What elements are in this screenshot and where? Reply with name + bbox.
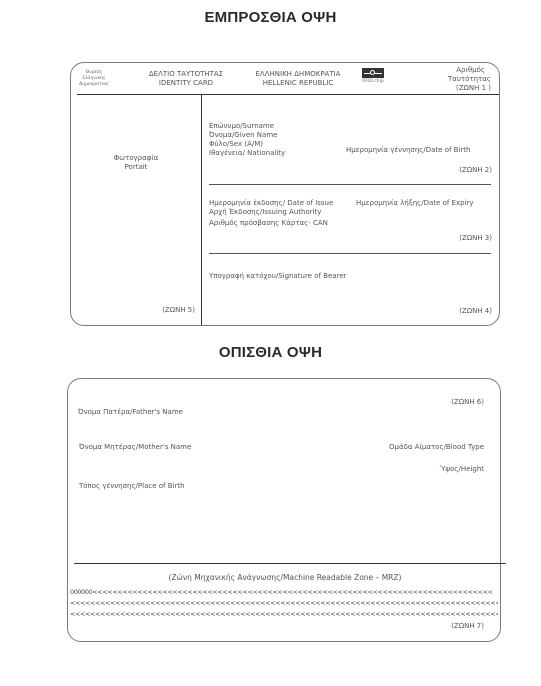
can-field: Αριθμός πρόσβασης Κάρτας- CAN <box>209 219 328 228</box>
republic-gr: ΕΛΛΗΝΙΚΗ ΔΗΜΟΚΡΑΤΙΑ <box>243 70 353 79</box>
photo-label-en: Portait <box>71 163 201 172</box>
card-number-label: Αριθμός Ταυτότητας (ΖΩΝΗ 1 ) <box>431 66 491 93</box>
header-divider <box>77 94 499 95</box>
zone1-label: (ΖΩΝΗ 1 ) <box>431 84 491 93</box>
father-name-field: Όνομα Πατέρα/Father's Name <box>78 408 183 417</box>
photo-zone: Φωτογραφία Portait <box>71 154 201 172</box>
zone7-label: (ΖΩΝΗ 7) <box>451 622 484 631</box>
card-number-line: Ταυτότητας <box>431 75 491 84</box>
zone3-label: (ΖΩΝΗ 3) <box>459 234 492 243</box>
card-number-line: Αριθμός <box>431 66 491 75</box>
front-heading: ΕΜΠΡΟΣΘΙΑ ΟΨΗ <box>0 9 541 26</box>
republic-en: HELLENIC REPUBLIC <box>243 79 353 88</box>
given-name-field: Όνομα/Given Name <box>209 131 285 140</box>
mrz-line: <<<<<<<<<<<<<<<<<<<<<<<<<<<<<<<<<<<<<<<<… <box>70 599 498 608</box>
front-card: Θυρεός Ελληνικής Δημοκρατίας ΔΕΛΤΙΟ ΤΑΥΤ… <box>70 62 500 326</box>
back-card: (ΖΩΝΗ 6) Όνομα Πατέρα/Father's Name Όνομ… <box>67 378 501 642</box>
rfid-label: RFID chip <box>354 79 392 85</box>
photo-label-gr: Φωτογραφία <box>71 154 201 163</box>
date-of-expiry-field: Ημερομηνία λήξης/Date of Expiry <box>356 199 474 208</box>
personal-fields: Επώνυμο/Surname Όνομα/Given Name Φύλο/Se… <box>209 122 285 158</box>
zone3-divider <box>209 253 491 254</box>
card-title-en: IDENTITY CARD <box>131 79 241 88</box>
sex-field: Φύλο/Sex (Α/Μ) <box>209 140 285 149</box>
place-of-birth-field: Τόπος γέννησης/Place of Birth <box>79 482 185 491</box>
republic-title: ΕΛΛΗΝΙΚΗ ΔΗΜΟΚΡΑΤΙΑ HELLENIC REPUBLIC <box>243 70 353 88</box>
mrz-line: <<<<<<<<<<<<<<<<<<<<<<<<<<<<<<<<<<<<<<<<… <box>70 610 498 619</box>
mrz-title: (Ζώνη Μηχανικής Ανάγνωσης/Machine Readab… <box>68 573 502 582</box>
coat-of-arms-line: Δημοκρατίας <box>77 82 111 88</box>
issuing-authority-field: Αρχή Έκδοσης/Issuing Authority <box>209 208 321 217</box>
zone2-label: (ΖΩΝΗ 2) <box>459 166 492 175</box>
zone6-label: (ΖΩΝΗ 6) <box>451 398 484 407</box>
date-of-birth-field: Ημερομηνία γέννησης/Date of Birth <box>346 146 471 155</box>
photo-divider <box>201 94 202 325</box>
height-field: Ύψος/Height <box>440 465 484 474</box>
surname-field: Επώνυμο/Surname <box>209 122 285 131</box>
rfid-chip-icon <box>362 68 384 78</box>
coat-of-arms-label: Θυρεός Ελληνικής Δημοκρατίας <box>77 70 111 88</box>
blood-type-field: Ομάδα Αίματος/Blood Type <box>389 443 484 452</box>
zone4-label: (ΖΩΝΗ 4) <box>459 307 492 316</box>
mrz-line: 000000<<<<<<<<<<<<<<<<<<<<<<<<<<<<<<<<<<… <box>70 588 498 597</box>
zone5-label: (ΖΩΝΗ 5) <box>71 306 195 315</box>
mother-name-field: Όνομα Μητέρας/Mother's Name <box>79 443 191 452</box>
mrz-divider <box>74 563 506 564</box>
card-title-gr: ΔΕΛΤΙΟ ΤΑΥΤΟΤΗΤΑΣ <box>131 70 241 79</box>
nationality-field: Ιθαγένεια/ Nationality <box>209 149 285 158</box>
zone2-divider <box>209 184 491 185</box>
back-heading: ΟΠΙΣΘΙΑ ΟΨΗ <box>0 344 541 361</box>
card-title: ΔΕΛΤΙΟ ΤΑΥΤΟΤΗΤΑΣ IDENTITY CARD <box>131 70 241 88</box>
date-of-issue-field: Ημερομηνία έκδοσης/ Date of Issue <box>209 199 333 208</box>
signature-field: Υπογραφή κατόχου/Signature of Bearer <box>209 272 347 281</box>
